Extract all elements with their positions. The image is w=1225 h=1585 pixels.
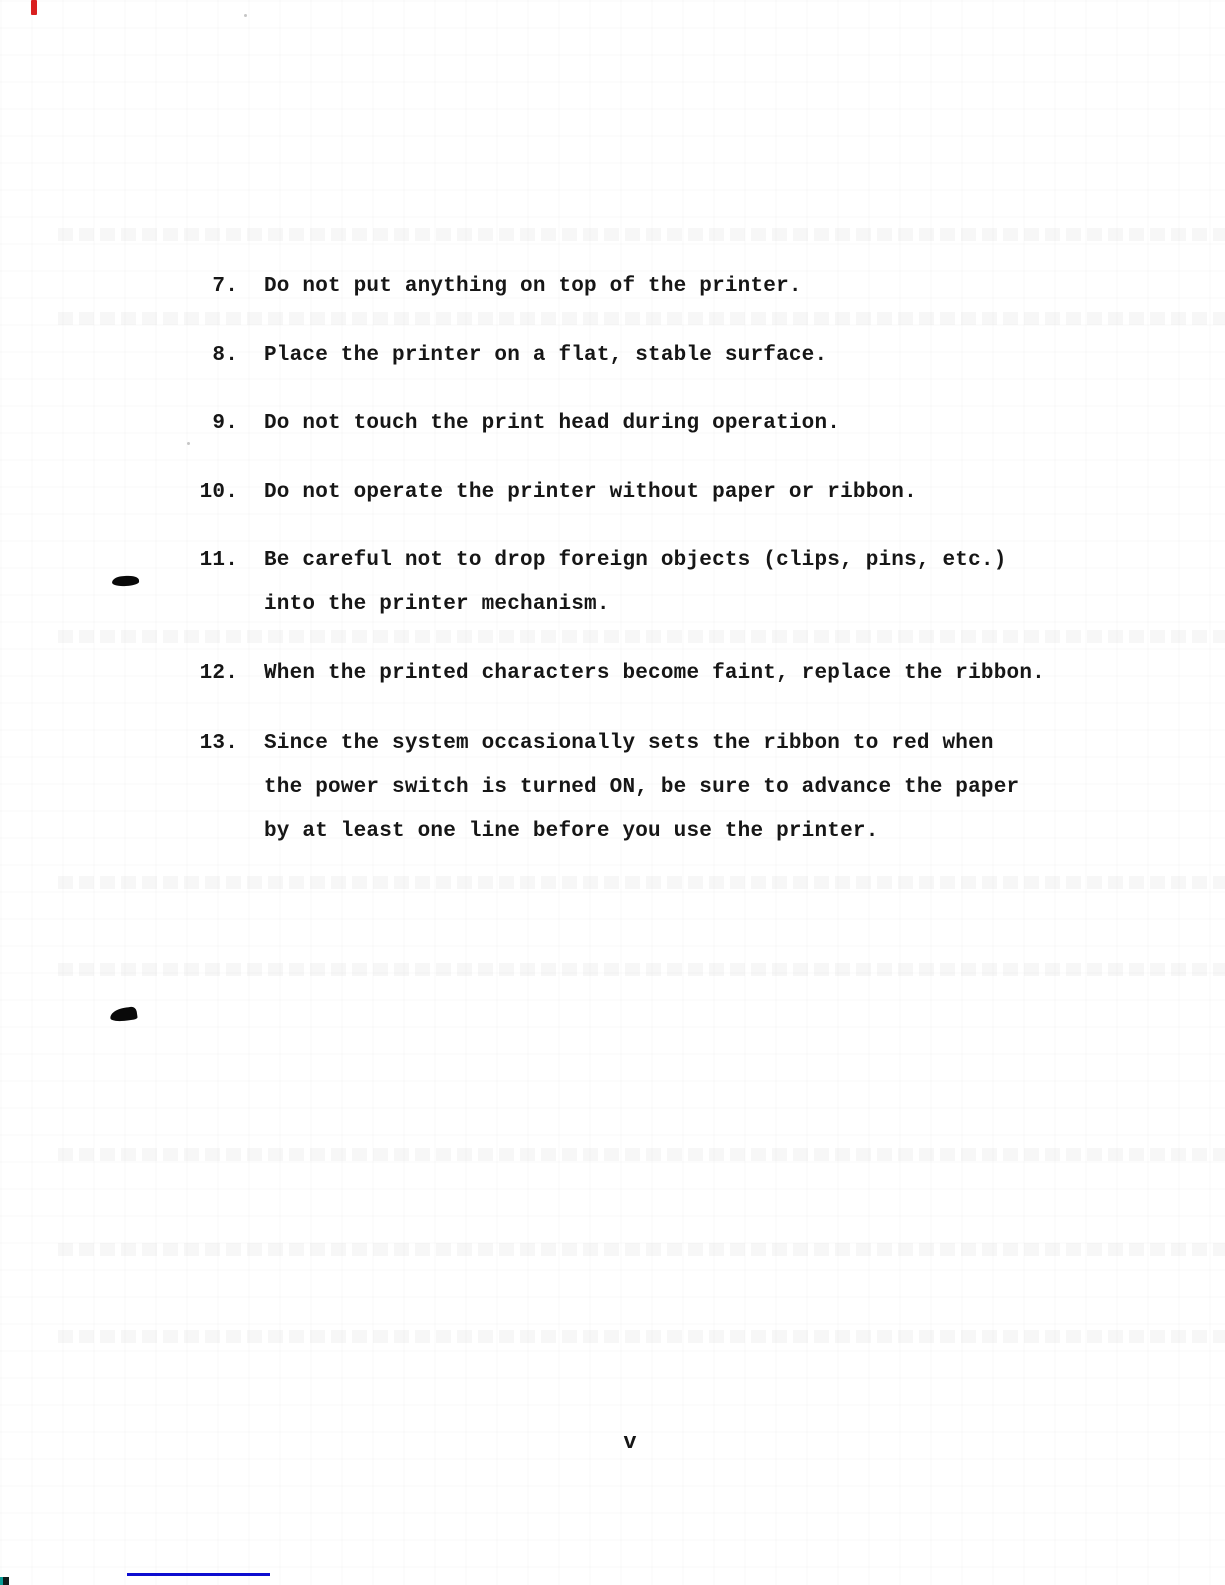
item-text: Since the system occasionally sets the r… — [264, 722, 1019, 854]
item-text: Do not operate the printer without paper… — [264, 471, 917, 515]
item-line: When the printed characters become faint… — [264, 652, 1045, 696]
item-line: Be careful not to drop foreign objects (… — [264, 539, 1007, 583]
item-number: 8. — [196, 334, 238, 378]
list-item: 11. Be careful not to drop foreign objec… — [196, 539, 1007, 627]
list-item: 10. Do not operate the printer without p… — [196, 471, 917, 515]
list-item: 7. Do not put anything on top of the pri… — [196, 265, 802, 309]
list-item: 8. Place the printer on a flat, stable s… — [196, 334, 827, 378]
item-text: Place the printer on a flat, stable surf… — [264, 334, 827, 378]
item-line: into the printer mechanism. — [264, 583, 1007, 627]
item-line: by at least one line before you use the … — [264, 810, 1019, 854]
item-line: Do not operate the printer without paper… — [264, 471, 917, 515]
item-number: 9. — [196, 402, 238, 446]
page-number: v — [610, 1428, 650, 1458]
list-item: 9. Do not touch the print head during op… — [196, 402, 840, 446]
instruction-list: 7. Do not put anything on top of the pri… — [0, 0, 1225, 1585]
item-number: 11. — [196, 539, 238, 583]
item-number: 7. — [196, 265, 238, 309]
item-line: the power switch is turned ON, be sure t… — [264, 766, 1019, 810]
item-number: 10. — [196, 471, 238, 515]
item-line: Do not put anything on top of the printe… — [264, 265, 802, 309]
item-number: 13. — [196, 722, 238, 766]
item-text: Do not put anything on top of the printe… — [264, 265, 802, 309]
list-item: 13. Since the system occasionally sets t… — [196, 722, 1019, 854]
item-line: Do not touch the print head during opera… — [264, 402, 840, 446]
item-text: Be careful not to drop foreign objects (… — [264, 539, 1007, 627]
item-number: 12. — [196, 652, 238, 696]
item-text: Do not touch the print head during opera… — [264, 402, 840, 446]
list-item: 12. When the printed characters become f… — [196, 652, 1045, 696]
item-text: When the printed characters become faint… — [264, 652, 1045, 696]
item-line: Since the system occasionally sets the r… — [264, 722, 1019, 766]
item-line: Place the printer on a flat, stable surf… — [264, 334, 827, 378]
scanned-page: 7. Do not put anything on top of the pri… — [0, 0, 1225, 1585]
